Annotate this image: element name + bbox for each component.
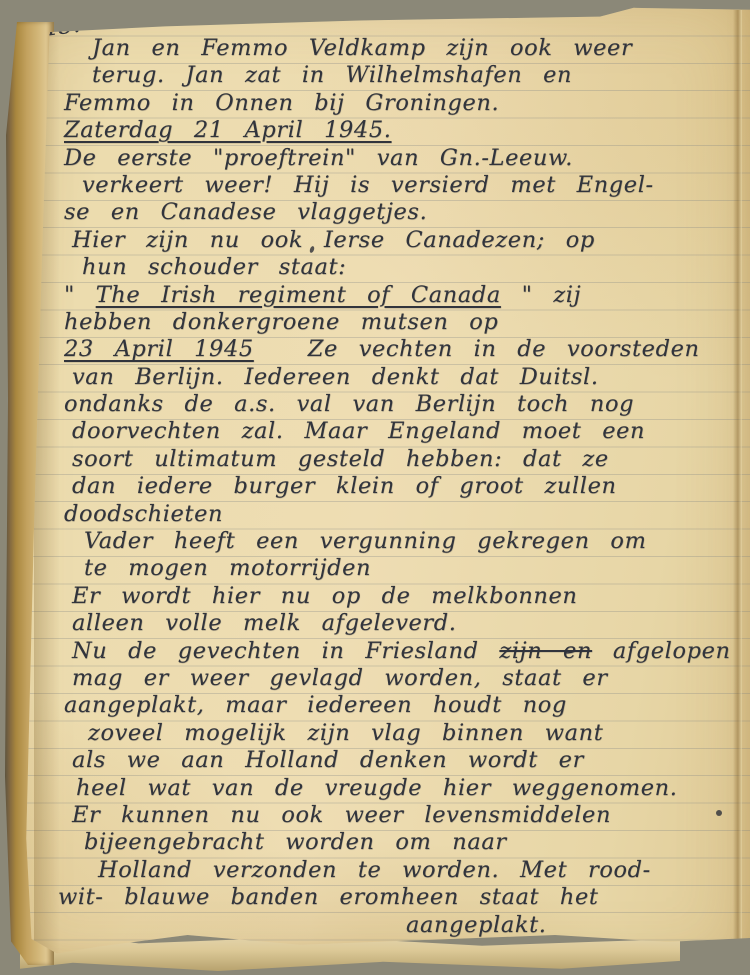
text-segment: als we aan Holland denken wordt er	[72, 747, 584, 773]
handwriting-line: heel wat van de vreugde hier weggenomen.	[76, 775, 740, 802]
handwriting-line: Er kunnen nu ook weer levensmiddelen	[72, 802, 740, 829]
text-segment: se en Canadese vlaggetjes.	[64, 199, 427, 225]
handwriting-line: mag er weer gevlagd worden, staat er	[72, 665, 740, 692]
handwriting-line: als we aan Holland denken wordt er	[72, 747, 740, 774]
underlined-text: The Irish regiment of Canada	[96, 282, 501, 308]
struck-through-text: zijn en	[499, 638, 592, 664]
text-segment: Vader heeft een vergunning gekregen om	[84, 528, 647, 554]
handwriting-line: hebben donkergroene mutsen op	[64, 309, 740, 336]
text-segment: hebben donkergroene mutsen op	[64, 309, 498, 335]
text-segment: doodschieten	[64, 501, 223, 527]
handwriting-line: alleen volle melk afgeleverd.	[72, 610, 740, 637]
handwriting-line: De eerste "proeftrein" van Gn.-Leeuw.	[64, 145, 740, 172]
handwriting-line: terug. Jan zat in Wilhelmshafen en	[92, 62, 740, 89]
handwriting-line: ondanks de a.s. val van Berlijn toch nog	[64, 391, 740, 418]
text-segment: Ze vechten in de voorsteden	[308, 336, 700, 362]
text-segment: Nu de gevechten in Friesland	[72, 638, 499, 664]
text-segment: afgelopen	[592, 638, 731, 664]
text-segment: van Berlijn. Iedereen denkt dat Duitsl.	[72, 364, 599, 390]
text-segment: Jan en Femmo Veldkamp zijn ook weer	[92, 35, 632, 61]
photo-background: 48. Jan en Femmo Veldkamp zijn ook weert…	[0, 0, 750, 975]
handwriting-line: aangeplakt.	[406, 912, 740, 939]
underlined-text: Zaterdag 21 April 1945.	[64, 117, 391, 143]
handwriting-line: te mogen motorrijden	[84, 555, 740, 582]
handwriting-line: Zaterdag 21 April 1945.	[64, 117, 740, 144]
text-segment: soort ultimatum gesteld hebben: dat ze	[72, 446, 609, 472]
text-segment: verkeert weer! Hij is versierd met Engel…	[82, 172, 654, 198]
handwriting-line: se en Canadese vlaggetjes.	[64, 199, 740, 226]
handwriting-line: 23 April 1945Ze vechten in de voorsteden	[64, 336, 740, 363]
ink-blot	[716, 810, 722, 816]
text-segment: De eerste "proeftrein" van Gn.-Leeuw.	[64, 145, 573, 171]
text-segment: bijeengebracht worden om naar	[84, 829, 507, 855]
text-segment: alleen volle melk afgeleverd.	[72, 610, 457, 636]
text-segment: "	[64, 282, 96, 308]
text-segment: hun schouder staat:	[82, 254, 346, 280]
text-segment: terug. Jan zat in Wilhelmshafen en	[92, 62, 572, 88]
handwriting-line: wit- blauwe banden eromheen staat het	[58, 884, 740, 911]
handwriting-line: " The Irish regiment of Canada " zij	[64, 282, 740, 309]
handwriting-line: aangeplakt, maar iedereen houdt nog	[64, 692, 740, 719]
diary-page: 48. Jan en Femmo Veldkamp zijn ook weert…	[0, 0, 750, 975]
handwriting-line: Jan en Femmo Veldkamp zijn ook weer	[92, 35, 740, 62]
underlined-text: 23 April 1945	[64, 336, 254, 362]
handwriting-line: doorvechten zal. Maar Engeland moet een	[72, 418, 740, 445]
handwriting-line: verkeert weer! Hij is versierd met Engel…	[82, 172, 740, 199]
text-segment: Hier zijn nu ook Ierse Canadezen; op	[72, 227, 595, 253]
text-segment: " zij	[501, 282, 581, 308]
handwriting-line: zoveel mogelijk zijn vlag binnen want	[88, 720, 740, 747]
handwriting-line: Hier zijn nu ook Ierse Canadezen; op	[72, 227, 740, 254]
handwriting-line: Holland verzonden te worden. Met rood-	[98, 857, 740, 884]
text-segment: mag er weer gevlagd worden, staat er	[72, 665, 608, 691]
handwriting-line: Vader heeft een vergunning gekregen om	[84, 528, 740, 555]
text-segment: dan iedere burger klein of groot zullen	[72, 473, 617, 499]
text-segment: te mogen motorrijden	[84, 555, 371, 581]
text-segment: Er wordt hier nu op de melkbonnen	[72, 583, 578, 609]
text-segment: heel wat van de vreugde hier weggenomen.	[76, 775, 677, 801]
handwriting-line: dan iedere burger klein of groot zullen	[72, 473, 740, 500]
handwriting-line: soort ultimatum gesteld hebben: dat ze	[72, 446, 740, 473]
handwriting-line: Femmo in Onnen bij Groningen.	[64, 90, 740, 117]
text-segment: Er kunnen nu ook weer levensmiddelen	[72, 802, 611, 828]
text-segment: zoveel mogelijk zijn vlag binnen want	[88, 720, 603, 746]
text-segment: Holland verzonden te worden. Met rood-	[98, 857, 651, 883]
handwriting-line: hun schouder staat:	[82, 254, 740, 281]
text-segment: aangeplakt.	[406, 912, 546, 938]
handwriting-text: Jan en Femmo Veldkamp zijn ook weerterug…	[58, 35, 740, 939]
text-segment: ondanks de a.s. val van Berlijn toch nog	[64, 391, 634, 417]
text-segment: doorvechten zal. Maar Engeland moet een	[72, 418, 645, 444]
text-segment: Femmo in Onnen bij Groningen.	[64, 90, 499, 116]
handwriting-line: Nu de gevechten in Friesland zijn en afg…	[72, 638, 740, 665]
text-segment: wit- blauwe banden eromheen staat het	[58, 884, 599, 910]
handwriting-line: van Berlijn. Iedereen denkt dat Duitsl.	[72, 364, 740, 391]
handwriting-line: doodschieten	[64, 501, 740, 528]
handwriting-line: Er wordt hier nu op de melkbonnen	[72, 583, 740, 610]
text-segment: aangeplakt, maar iedereen houdt nog	[64, 692, 567, 718]
handwriting-line: bijeengebracht worden om naar	[84, 829, 740, 856]
